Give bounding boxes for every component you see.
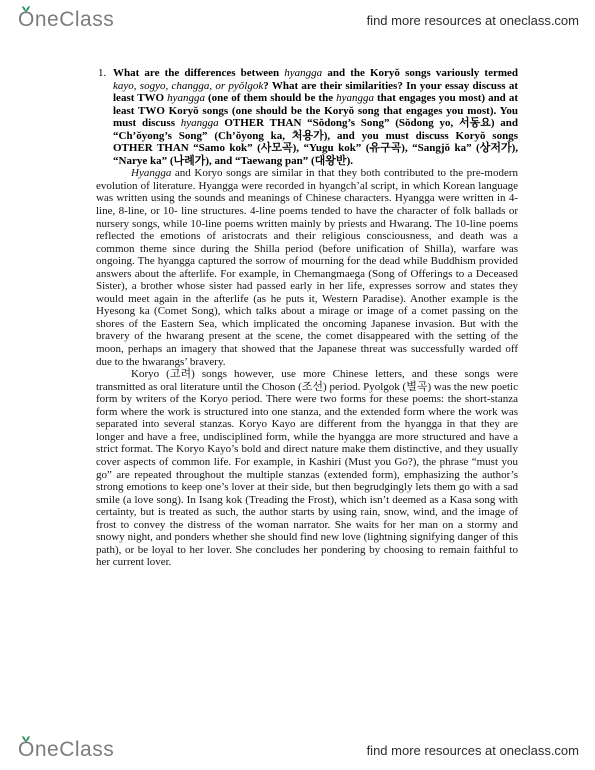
footer-resources-link[interactable]: find more resources at oneclass.com: [367, 743, 579, 758]
page-header: OneClass find more resources at oneclass…: [18, 6, 579, 34]
document-body: 1. What are the differences between hyan…: [96, 67, 518, 569]
page-footer: OneClass find more resources at oneclass…: [18, 736, 579, 764]
oneclass-logo: OneClass: [18, 6, 114, 34]
question-text: What are the differences between hyangga…: [113, 67, 518, 167]
header-resources-link[interactable]: find more resources at oneclass.com: [367, 13, 579, 28]
logo-leaf-icon: [21, 736, 31, 743]
document-page: OneClass find more resources at oneclass…: [0, 0, 595, 770]
oneclass-logo-footer: OneClass: [18, 736, 114, 764]
answer-paragraph-2: Koryo (고려) songs however, use more Chine…: [96, 368, 518, 569]
logo-text: OneClass: [18, 8, 114, 31]
logo-text: OneClass: [18, 738, 114, 761]
answer-paragraph-1: Hyangga and Koryo songs are similar in t…: [96, 167, 518, 368]
logo-leaf-icon: [21, 6, 31, 13]
question-item: 1. What are the differences between hyan…: [96, 67, 518, 167]
question-number: 1.: [98, 67, 106, 80]
